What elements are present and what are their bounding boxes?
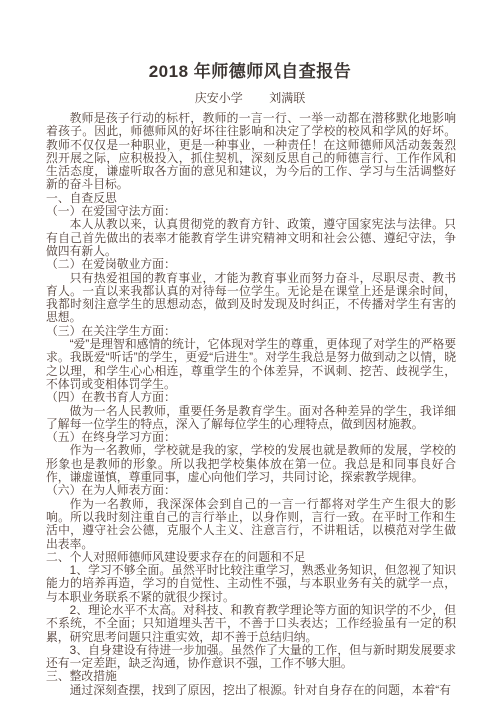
sub-heading: （四）在教书育人方面： <box>46 391 456 404</box>
sub-heading: （三）在关注学生方面： <box>46 325 456 338</box>
sub-heading: （五）在终身学习方面： <box>46 431 456 444</box>
sub-heading: （一）在爱国守法方面： <box>46 205 456 218</box>
section-heading: 一、自查反思 <box>46 192 456 205</box>
sub-heading: （六）在为人师表方面： <box>46 484 456 497</box>
paragraph: 2、理论水平不太高。对科技、和教育教学理论等方面的知识学的不少，但不系统，不全面… <box>46 604 456 644</box>
paragraph: 3、自身建设有待进一步加强。虽然作了大量的工作，但与新时期发展要求还有一定差距，… <box>46 644 456 671</box>
paragraph: 做为一名人民教师，重要任务是教育学生。面对各种差异的学生，我详细了解每一位学生的… <box>46 405 456 432</box>
byline: 庆安小学刘满联 <box>0 89 500 106</box>
document-page: 2018 年师德师风自查报告 庆安小学刘满联 教师是孩子行动的标杆，教师的一言一… <box>0 0 500 707</box>
paragraph: 只有热爱祖国的教育事业，才能为教育事业而努力奋斗，尽职尽责、教书育人。一直以来我… <box>46 272 456 325</box>
paragraph: 1、学习不够全面。虽然平时比较注重学习，熟悉业务知识，但忽视了知识能力的培养再造… <box>46 564 456 604</box>
document-body: 教师是孩子行动的标杆，教师的一言一行、一举一动都在潜移默化地影响着孩子。因此，师… <box>46 112 456 697</box>
paragraph: 本人从教以来，认真贯彻党的教育方针、政策，遵守国家宪法与法律。只有自己首先做出的… <box>46 218 456 258</box>
sub-heading: （二）在爱岗敬业方面： <box>46 258 456 271</box>
byline-school: 庆安小学 <box>195 91 243 105</box>
section-heading: 三、整改措施 <box>46 670 456 683</box>
paragraph: 作为一名教师，我深深体会到自己的一言一行都将对学生产生很大的影响。所以我时刻注重… <box>46 498 456 551</box>
paragraph: 教师是孩子行动的标杆，教师的一言一行、一举一动都在潜移默化地影响着孩子。因此，师… <box>46 112 456 192</box>
paragraph: “爱”是理智和感情的统计，它体现对学生的尊重，更体现了对学生的严格要求。我既爱“… <box>46 338 456 391</box>
section-heading: 二、个人对照师德师风建设要求存在的问题和不足 <box>46 551 456 564</box>
paragraph: 通过深刻查摆，找到了原因，挖出了根源。针对自身存在的问题，本着“有 <box>46 684 456 697</box>
page-title: 2018 年师德师风自查报告 <box>40 57 460 82</box>
paragraph: 作为一名教师，学校就是我的家，学校的发展也就是教师的发展，学校的形象也是教师的形… <box>46 444 456 484</box>
byline-author: 刘满联 <box>269 91 305 105</box>
